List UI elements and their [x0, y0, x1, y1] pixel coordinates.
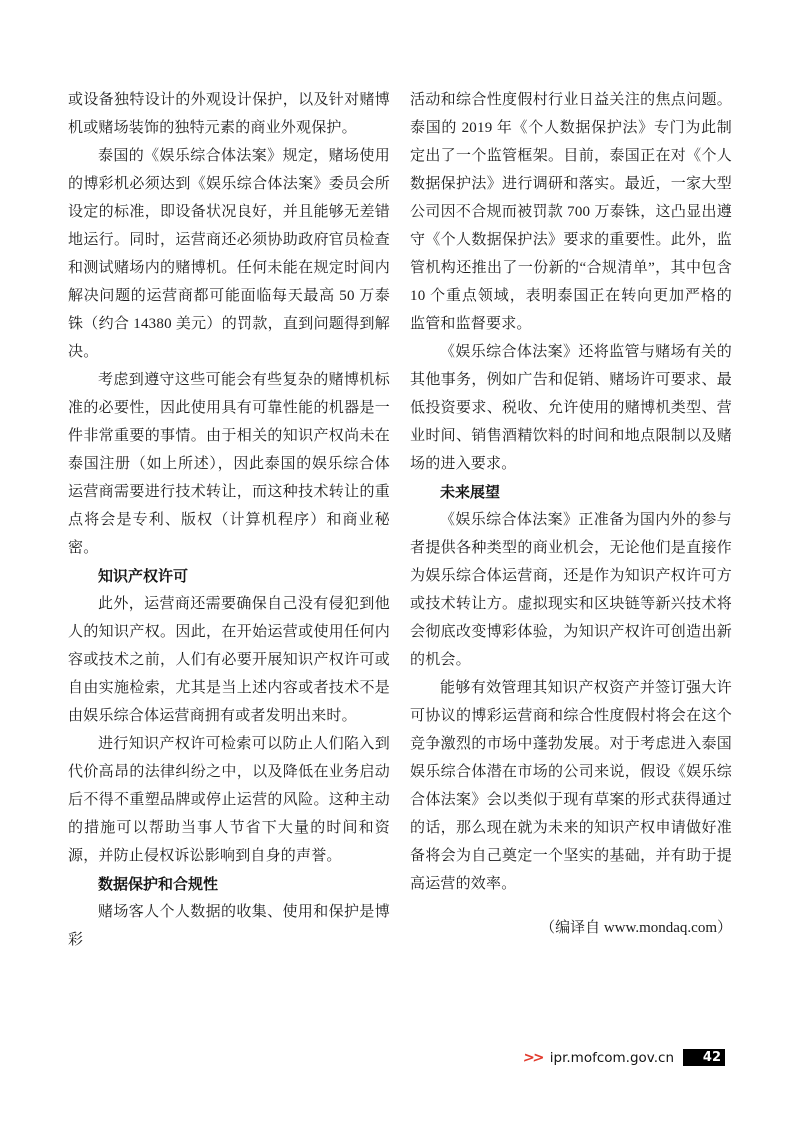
paragraph: 《娱乐综合体法案》正准备为国内外的参与者提供各种类型的商业机会，无论他们是直接作…: [410, 506, 732, 674]
source-attribution: （编译自 www.mondaq.com）: [410, 914, 732, 942]
left-column: 或设备独特设计的外观设计保护，以及针对赌博机或赌场装饰的独特元素的商业外观保护。…: [68, 86, 390, 954]
paragraph: 泰国的《娱乐综合体法案》规定，赌场使用的博彩机必须达到《娱乐综合体法案》委员会所…: [68, 142, 390, 366]
paragraph: 或设备独特设计的外观设计保护，以及针对赌博机或赌场装饰的独特元素的商业外观保护。: [68, 86, 390, 142]
paragraph: 赌场客人个人数据的收集、使用和保护是博彩: [68, 898, 390, 954]
page-footer: >> ipr.mofcom.gov.cn 42: [523, 1049, 725, 1066]
paragraph: 此外，运营商还需要确保自己没有侵犯到他人的知识产权。因此，在开始运营或使用任何内…: [68, 590, 390, 730]
document-page: 或设备独特设计的外观设计保护，以及针对赌博机或赌场装饰的独特元素的商业外观保护。…: [0, 0, 794, 1123]
right-column: 活动和综合性度假村行业日益关注的焦点问题。泰国的 2019 年《个人数据保护法》…: [410, 86, 732, 954]
section-heading-ip-licensing: 知识产权许可: [68, 562, 390, 590]
paragraph: 活动和综合性度假村行业日益关注的焦点问题。泰国的 2019 年《个人数据保护法》…: [410, 86, 732, 338]
footer-site-url: ipr.mofcom.gov.cn: [550, 1050, 674, 1066]
article-body: 或设备独特设计的外观设计保护，以及针对赌博机或赌场装饰的独特元素的商业外观保护。…: [68, 86, 732, 954]
page-number-badge: 42: [683, 1049, 725, 1066]
section-heading-data-protection: 数据保护和合规性: [68, 870, 390, 898]
chevron-right-icon: >>: [522, 1050, 544, 1066]
paragraph: 考虑到遵守这些可能会有些复杂的赌博机标准的必要性，因此使用具有可靠性能的机器是一…: [68, 366, 390, 562]
paragraph: 进行知识产权许可检索可以防止人们陷入到代价高昂的法律纠纷之中，以及降低在业务启动…: [68, 730, 390, 870]
paragraph: 《娱乐综合体法案》还将监管与赌场有关的其他事务，例如广告和促销、赌场许可要求、最…: [410, 338, 732, 478]
section-heading-future-outlook: 未来展望: [410, 478, 732, 506]
paragraph: 能够有效管理其知识产权资产并签订强大许可协议的博彩运营商和综合性度假村将会在这个…: [410, 674, 732, 898]
